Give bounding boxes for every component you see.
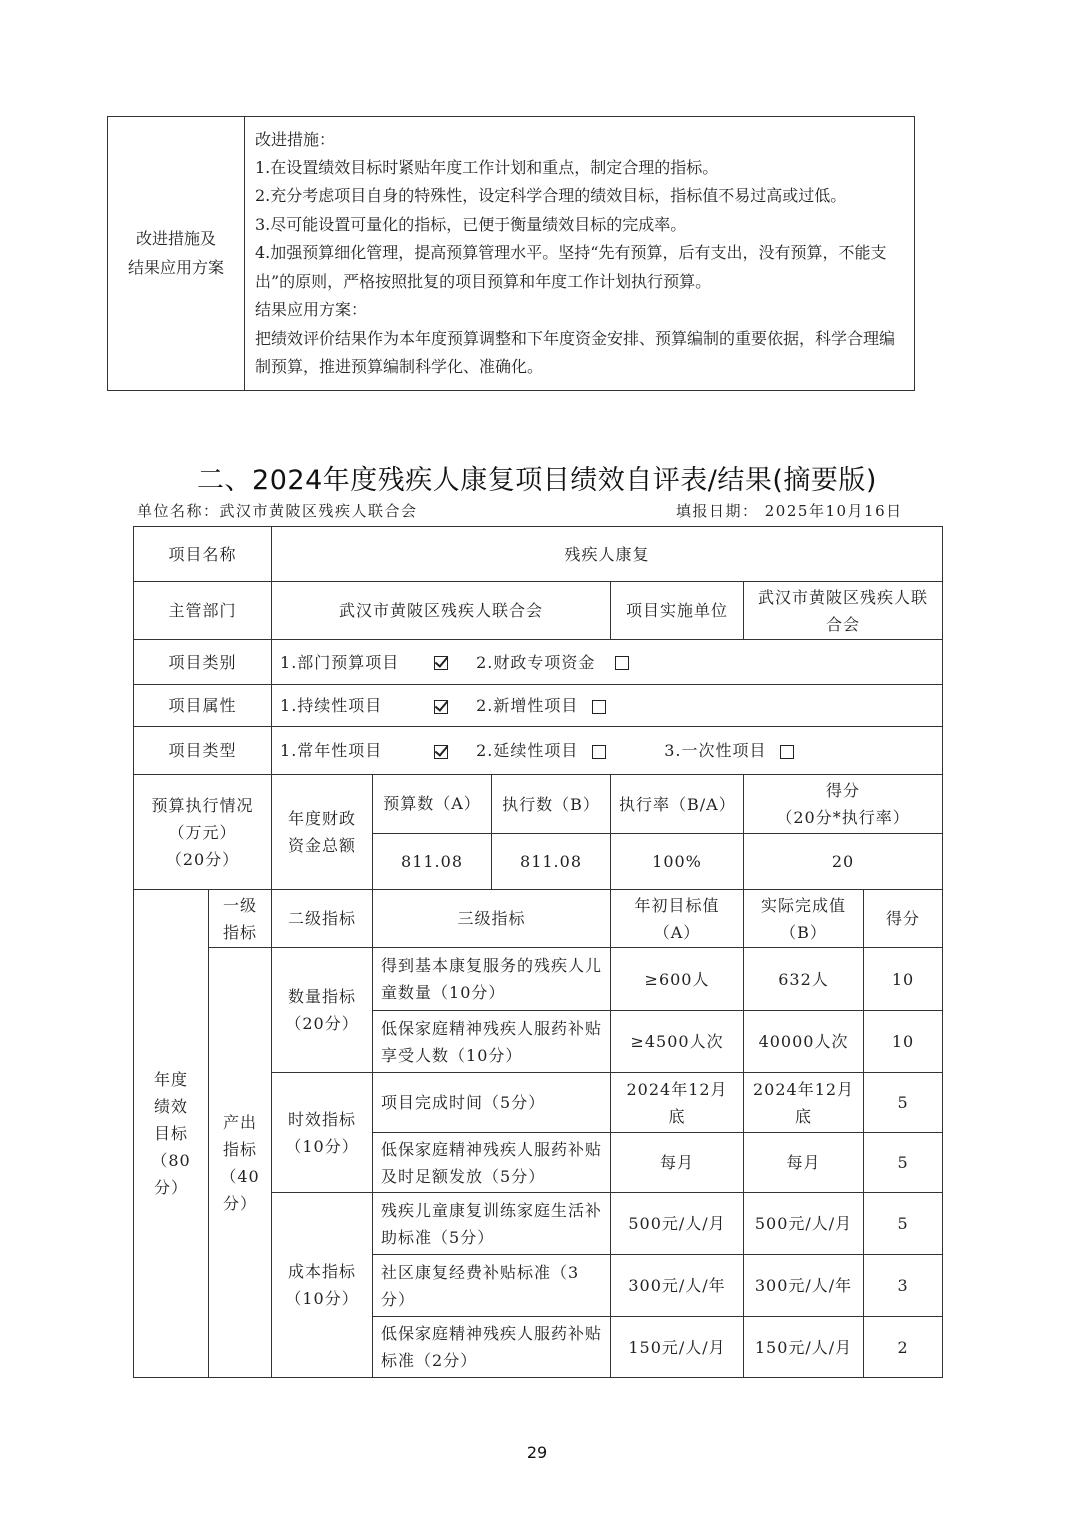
- annual-goal-line: （80: [134, 1147, 208, 1174]
- improvement-item-4: 4.加强预算细化管理，提高预算管理水平。坚持“先有预算，后有支出，没有预算，不能…: [255, 239, 904, 296]
- output-indicator-line: （40: [209, 1163, 271, 1190]
- budget-ab-header: 预算数（A） 执行数（B）: [373, 775, 611, 834]
- department-label: 主管部门: [134, 582, 272, 640]
- level3-cell: 低保家庭精神残疾人服药补贴标准（2分）: [373, 1317, 611, 1378]
- quantity-indicator-label: 数量指标（20分）: [272, 948, 373, 1073]
- budget-label-line3: （20分）: [142, 846, 263, 873]
- improvement-content-cell: 改进措施： 1.在设置绩效目标时紧贴年度工作计划和重点，制定合理的指标。 2.充…: [245, 117, 915, 391]
- category-row: 项目类别 1.部门预算项目 2.财政专项资金: [134, 640, 943, 685]
- department-value: 武汉市黄陂区残疾人联合会: [272, 582, 611, 640]
- budget-score-header: 得分 （20分*执行率）: [744, 775, 943, 834]
- budget-label: 预算执行情况 （万元） （20分）: [134, 775, 272, 890]
- output-indicator-line: 指标: [209, 1136, 271, 1163]
- actual-cell: 40000人次: [744, 1011, 864, 1073]
- level3-cell: 低保家庭精神残疾人服药补贴享受人数（10分）: [373, 1011, 611, 1073]
- output-indicator-label: 产出 指标 （40 分）: [209, 948, 272, 1378]
- target-header: 年初目标值（A）: [611, 890, 744, 948]
- execution-rate-value: 100%: [611, 834, 744, 890]
- score-cell: 10: [864, 1011, 943, 1073]
- budget-ab-values: 811.08 811.08: [373, 834, 611, 890]
- indicator-row: 产出 指标 （40 分） 数量指标（20分） 得到基本康复服务的残疾人儿童数量（…: [134, 948, 943, 1011]
- target-cell: 500元/人/月: [611, 1193, 744, 1255]
- budget-a-header: 预算数（A）: [373, 775, 492, 833]
- score-cell: 5: [864, 1193, 943, 1255]
- total-funds-label: 年度财政资金总额: [272, 775, 373, 890]
- attribute-options: 1.持续性项目 2.新增性项目: [272, 685, 943, 727]
- type-label: 项目类型: [134, 727, 272, 775]
- type-option-1: 1.常年性项目: [280, 737, 430, 764]
- improvement-label-cell: 改进措施及 结果应用方案: [108, 117, 245, 391]
- attribute-label: 项目属性: [134, 685, 272, 727]
- target-cell: 2024年12月底: [611, 1073, 744, 1133]
- attribute-option-1: 1.持续性项目: [280, 692, 430, 719]
- actual-cell: 每月: [744, 1133, 864, 1193]
- project-name-label: 项目名称: [134, 527, 272, 582]
- score-cell: 3: [864, 1255, 943, 1317]
- improvement-table: 改进措施及 结果应用方案 改进措施： 1.在设置绩效目标时紧贴年度工作计划和重点…: [107, 116, 915, 391]
- improvement-item-1: 1.在设置绩效目标时紧贴年度工作计划和重点，制定合理的指标。: [255, 154, 904, 182]
- level3-header: 三级指标: [373, 890, 611, 948]
- level1-header: 一级指标: [209, 890, 272, 948]
- budget-b-header: 执行数（B）: [492, 791, 610, 818]
- actual-cell: 150元/人/月: [744, 1317, 864, 1378]
- unit-name: 单位名称：武汉市黄陂区残疾人联合会: [137, 500, 418, 521]
- result-content: 把绩效评价结果作为本年度预算调整和下年度资金安排、预算编制的重要依据，科学合理编…: [255, 325, 904, 382]
- report-date: 填报日期： 2025年10月16日: [676, 500, 903, 521]
- checkbox-unchecked-icon[interactable]: [592, 745, 606, 759]
- category-option-2: 2.财政专项资金: [476, 649, 611, 676]
- level3-cell: 得到基本康复服务的残疾人儿童数量（10分）: [373, 948, 611, 1011]
- level3-cell: 社区康复经费补贴标准（3分）: [373, 1255, 611, 1317]
- score-cell: 10: [864, 948, 943, 1011]
- budget-a-value: 811.08: [373, 834, 492, 889]
- type-option-2: 2.延续性项目: [476, 737, 588, 764]
- budget-label-line1: 预算执行情况: [142, 792, 263, 819]
- target-cell: ≥600人: [611, 948, 744, 1011]
- score-header: 得分: [864, 890, 943, 948]
- budget-score-value: 20: [744, 834, 943, 890]
- checkbox-checked-icon[interactable]: [434, 745, 448, 759]
- score-cell: 2: [864, 1317, 943, 1378]
- timeliness-indicator-label: 时效指标（10分）: [272, 1073, 373, 1193]
- actual-cell: 2024年12月底: [744, 1073, 864, 1133]
- improvement-heading: 改进措施：: [255, 126, 904, 154]
- project-name-value: 残疾人康复: [272, 527, 943, 582]
- actual-header: 实际完成值（B）: [744, 890, 864, 948]
- target-cell: 300元/人/年: [611, 1255, 744, 1317]
- improvement-label-line1: 改进措施及: [116, 225, 236, 253]
- checkbox-unchecked-icon[interactable]: [615, 656, 629, 670]
- type-row: 项目类型 1.常年性项目 2.延续性项目 3.一次性项目: [134, 727, 943, 775]
- attribute-row: 项目属性 1.持续性项目 2.新增性项目: [134, 685, 943, 727]
- page-number: 29: [0, 1443, 1074, 1462]
- budget-b-value: 811.08: [492, 848, 610, 875]
- self-evaluation-table: 项目名称 残疾人康复 主管部门 武汉市黄陂区残疾人联合会 项目实施单位 武汉市黄…: [133, 526, 943, 1378]
- actual-cell: 632人: [744, 948, 864, 1011]
- checkbox-unchecked-icon[interactable]: [592, 700, 606, 714]
- budget-score-header-line1: 得分: [752, 777, 934, 804]
- budget-score-header-line2: （20分*执行率）: [752, 804, 934, 831]
- attribute-option-2: 2.新增性项目: [476, 692, 588, 719]
- project-name-row: 项目名称 残疾人康复: [134, 527, 943, 582]
- output-indicator-line: 产出: [209, 1109, 271, 1136]
- implementing-unit-label: 项目实施单位: [611, 582, 744, 640]
- output-indicator-line: 分）: [209, 1190, 271, 1217]
- department-row: 主管部门 武汉市黄陂区残疾人联合会 项目实施单位 武汉市黄陂区残疾人联合会: [134, 582, 943, 640]
- annual-goal-line: 年度: [134, 1066, 208, 1093]
- actual-cell: 300元/人/年: [744, 1255, 864, 1317]
- score-cell: 5: [864, 1073, 943, 1133]
- implementing-unit-value: 武汉市黄陂区残疾人联合会: [744, 582, 943, 640]
- improvement-item-2: 2.充分考虑项目自身的特殊性，设定科学合理的绩效目标，指标值不易过高或过低。: [255, 182, 904, 210]
- target-cell: 150元/人/月: [611, 1317, 744, 1378]
- target-cell: 每月: [611, 1133, 744, 1193]
- category-label: 项目类别: [134, 640, 272, 685]
- type-options: 1.常年性项目 2.延续性项目 3.一次性项目: [272, 727, 943, 775]
- target-cell: ≥4500人次: [611, 1011, 744, 1073]
- improvement-item-3: 3.尽可能设置可量化的指标，已便于衡量绩效目标的完成率。: [255, 211, 904, 239]
- budget-header-row: 预算执行情况 （万元） （20分） 年度财政资金总额 预算数（A） 执行数（B）…: [134, 775, 943, 834]
- checkbox-unchecked-icon[interactable]: [780, 745, 794, 759]
- indicator-header-row: 年度 绩效 目标 （80 分） 一级指标 二级指标 三级指标 年初目标值（A） …: [134, 890, 943, 948]
- budget-label-line2: （万元）: [142, 819, 263, 846]
- level2-header: 二级指标: [272, 890, 373, 948]
- annual-goal-label: 年度 绩效 目标 （80 分）: [134, 890, 209, 1378]
- annual-goal-line: 分）: [134, 1174, 208, 1201]
- improvement-label-line2: 结果应用方案: [116, 254, 236, 282]
- section-title: 二、2024年度残疾人康复项目绩效自评表/结果(摘要版): [0, 458, 1074, 497]
- level3-cell: 项目完成时间（5分）: [373, 1073, 611, 1133]
- checkbox-checked-icon[interactable]: [434, 700, 448, 714]
- level3-cell: 低保家庭精神残疾人服药补贴及时足额发放（5分）: [373, 1133, 611, 1193]
- score-cell: 5: [864, 1133, 943, 1193]
- annual-goal-line: 目标: [134, 1120, 208, 1147]
- cost-indicator-label: 成本指标（10分）: [272, 1193, 373, 1378]
- level3-cell: 残疾儿童康复训练家庭生活补助标准（5分）: [373, 1193, 611, 1255]
- category-option-1: 1.部门预算项目: [280, 649, 430, 676]
- result-heading: 结果应用方案：: [255, 296, 904, 324]
- annual-goal-line: 绩效: [134, 1093, 208, 1120]
- actual-cell: 500元/人/月: [744, 1193, 864, 1255]
- type-option-3: 3.一次性项目: [664, 737, 776, 764]
- execution-rate-header: 执行率（B/A）: [611, 775, 744, 834]
- category-options: 1.部门预算项目 2.财政专项资金: [272, 640, 943, 685]
- checkbox-checked-icon[interactable]: [434, 656, 448, 670]
